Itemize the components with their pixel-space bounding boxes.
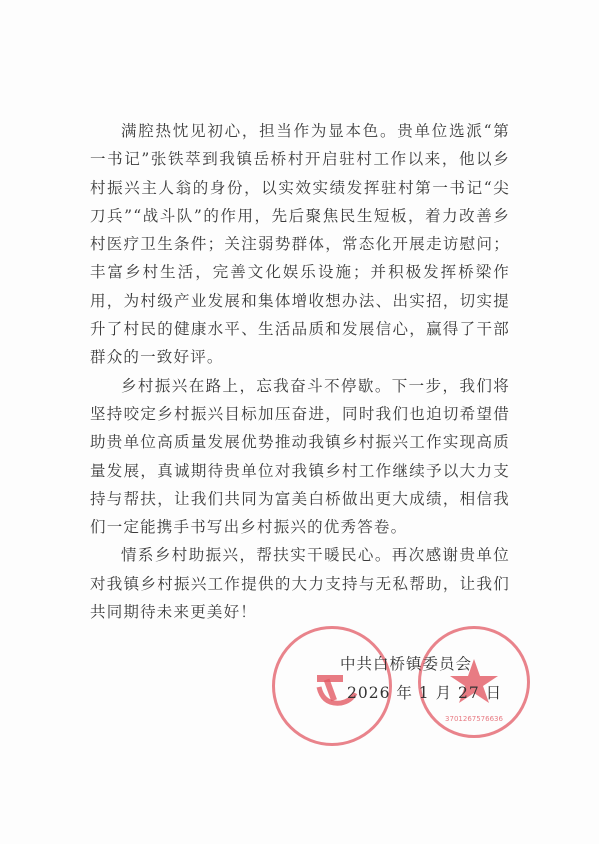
paragraph-1: 满腔热忱见初心，担当作为显本色。贵单位选派“第一书记”张铁萃到我镇岳桥村开启驻村…: [90, 117, 510, 372]
svg-text:3701267576636: 3701267576636: [445, 715, 503, 723]
signature-date: 2026 年 1 月 27 日: [347, 681, 502, 703]
paragraph-2: 乡村振兴在路上，忘我奋斗不停歇。下一步，我们将坚持咬定乡村振兴目标加压奋进，同时…: [90, 372, 510, 542]
paragraph-3: 情系乡村助振兴，帮扶实干暖民心。再次感谢贵单位对我镇乡村振兴工作提供的大力支持与…: [90, 541, 510, 626]
letter-body: 满腔热忱见初心，担当作为显本色。贵单位选派“第一书记”张铁萃到我镇岳桥村开启驻村…: [90, 117, 510, 626]
document-page: 满腔热忱见初心，担当作为显本色。贵单位选派“第一书记”张铁萃到我镇岳桥村开启驻村…: [0, 0, 599, 844]
signature-organization: 中共白桥镇委员会: [340, 652, 472, 674]
